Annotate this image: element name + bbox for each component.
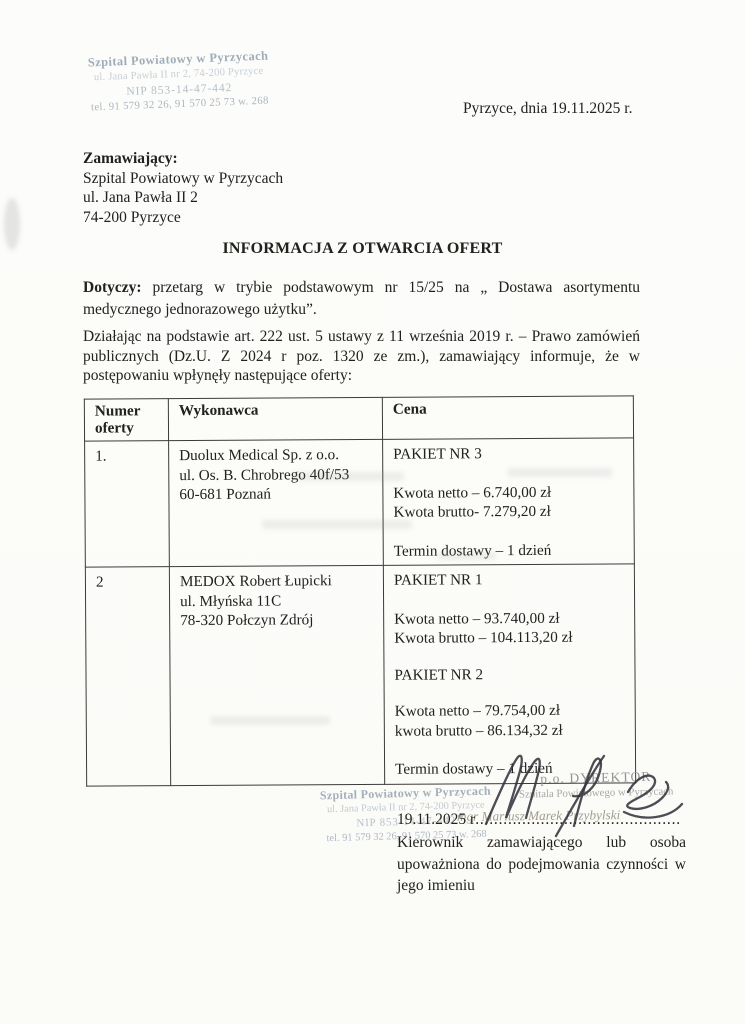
- subject-text: przetarg w trybie podstawowym nr 15/25 n…: [83, 279, 640, 318]
- subject-label: Dotyczy:: [83, 279, 142, 296]
- column-header-price: Cena: [382, 396, 633, 440]
- intro-paragraph: Działając na podstawie art. 222 ust. 5 u…: [83, 327, 640, 386]
- offer-number-cell: 1.: [85, 441, 170, 568]
- package-label: PAKIET NR 2: [394, 664, 624, 685]
- net-amount: Kwota netto – 93.740,00 zł: [394, 608, 624, 629]
- scanned-document-page: Szpital Powiatowy w Pyrzycach ul. Jana P…: [0, 0, 745, 1024]
- delivery-term: Termin dostawy – 1 dzień: [394, 540, 624, 561]
- gross-amount: kwota brutto – 86.134,32 zł: [395, 720, 625, 741]
- column-header-offer-number: Numer oferty: [84, 399, 168, 442]
- buyer-block: Zamawiający: Szpital Powiatowy w Pyrzyca…: [83, 149, 283, 227]
- contractor-name: MEDOX Robert Łupicki: [180, 571, 373, 592]
- table-header-row: Numer oferty Wykonawca Cena: [84, 396, 633, 441]
- gross-amount: Kwota brutto – 104.113,20 zł: [394, 627, 624, 648]
- net-amount: Kwota netto – 6.740,00 zł: [393, 482, 623, 503]
- handwritten-signature: [476, 748, 694, 848]
- contractor-street: ul. Os. B. Chrobrego 40f/53: [179, 464, 372, 485]
- column-header-contractor: Wykonawca: [168, 397, 382, 440]
- contractor-cell: MEDOX Robert Łupicki ul. Młyńska 11C 78-…: [169, 565, 384, 785]
- buyer-city: 74-200 Pyrzyce: [83, 208, 283, 228]
- contractor-street: ul. Młyńska 11C: [180, 590, 373, 611]
- package-label: PAKIET NR 3: [393, 443, 623, 464]
- signature-date: 19.11.2025 r: [397, 811, 475, 828]
- document-date: Pyrzyce, dnia 19.11.2025 r.: [463, 100, 632, 118]
- table-row: 1. Duolux Medical Sp. z o.o. ul. Os. B. …: [85, 438, 635, 567]
- buyer-name: Szpital Powiatowy w Pyrzycach: [83, 169, 283, 189]
- page-title: INFORMACJA Z OTWARCIA OFERT: [0, 240, 725, 258]
- offer-number-cell: 2: [85, 567, 170, 786]
- subject-paragraph: Dotyczy: przetarg w trybie podstawowym n…: [83, 277, 640, 321]
- contractor-city: 60-681 Poznań: [179, 484, 372, 505]
- contractor-name: Duolux Medical Sp. z o.o.: [179, 445, 372, 466]
- net-amount: Kwota netto – 79.754,00 zł: [395, 700, 625, 721]
- hospital-stamp-top: Szpital Powiatowy w Pyrzycach ul. Jana P…: [59, 47, 299, 116]
- offers-table: Numer oferty Wykonawca Cena 1. Duolux Me…: [84, 395, 636, 786]
- package-label: PAKIET NR 1: [394, 569, 624, 590]
- buyer-street: ul. Jana Pawła II 2: [83, 188, 283, 208]
- buyer-label: Zamawiający:: [83, 149, 283, 169]
- contractor-city: 78-320 Połczyn Zdrój: [180, 610, 373, 631]
- price-cell: PAKIET NR 3 Kwota netto – 6.740,00 zł Kw…: [383, 438, 635, 566]
- contractor-cell: Duolux Medical Sp. z o.o. ul. Os. B. Chr…: [169, 439, 384, 566]
- gross-amount: Kwota brutto- 7.279,20 zł: [393, 501, 623, 522]
